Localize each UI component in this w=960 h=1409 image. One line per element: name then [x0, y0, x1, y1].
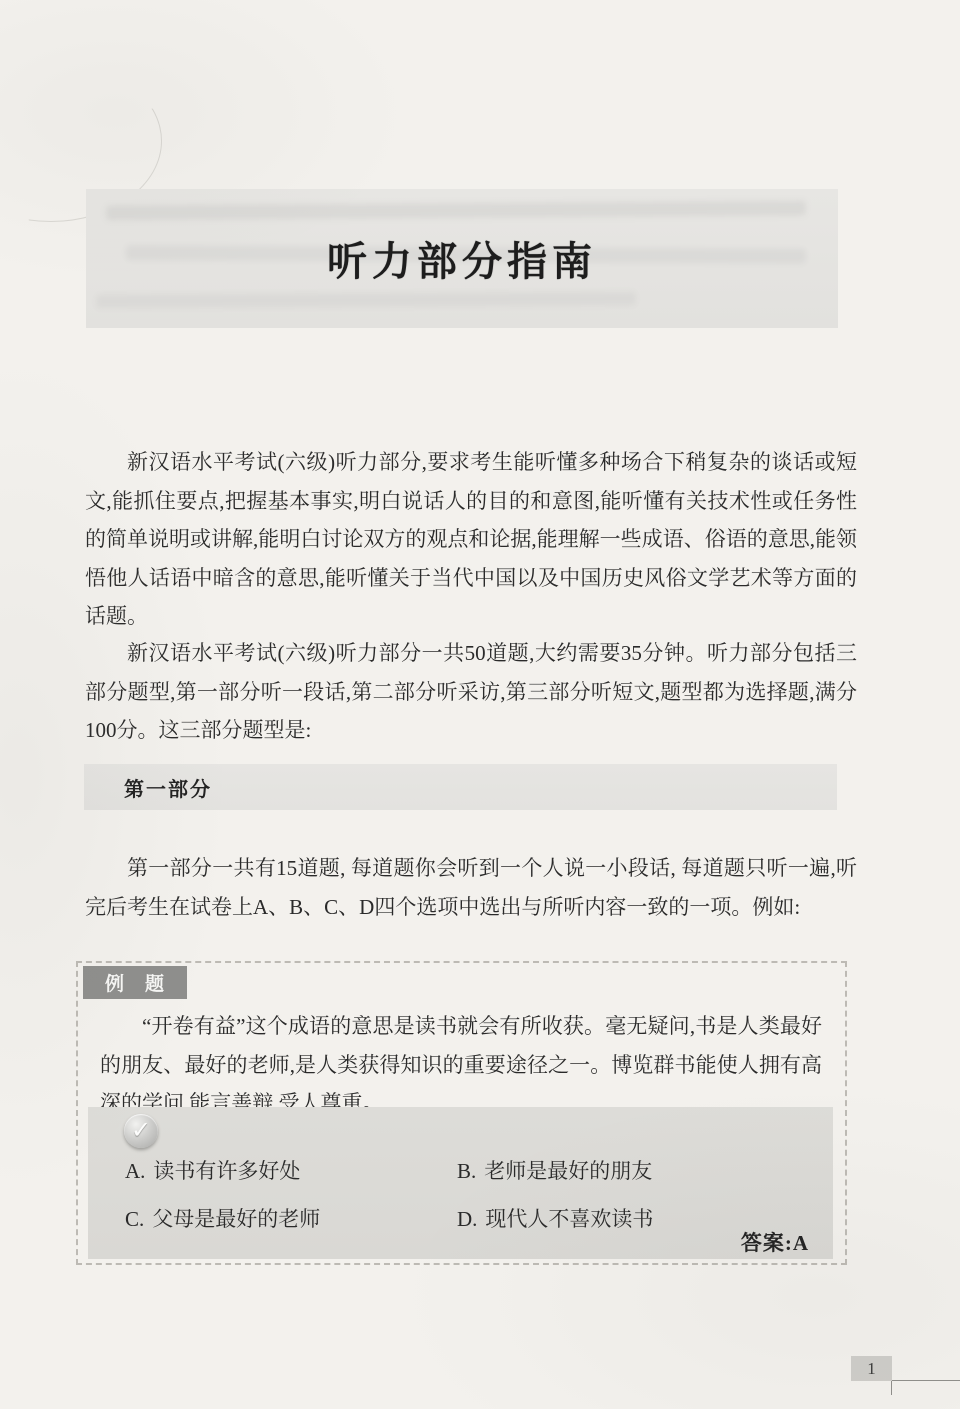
- section-paragraph: 第一部分一共有15道题, 每道题你会听到一个人说一小段话, 每道题只听一遍,听完…: [85, 849, 857, 926]
- title-banner: 听力部分指南: [86, 189, 838, 328]
- option-row: A.读书有许多好处 B.老师是最好的朋友: [88, 1155, 833, 1187]
- option-row: C.父母是最好的老师 D.现代人不喜欢读书: [88, 1203, 833, 1235]
- bleedthrough-artifact: [106, 201, 806, 221]
- option-a: A.读书有许多好处: [125, 1155, 300, 1185]
- option-b-text: 老师是最好的朋友: [484, 1159, 652, 1183]
- option-a-letter: A.: [125, 1159, 145, 1183]
- page-number-box: 1: [851, 1356, 892, 1381]
- section-title: 第一部分: [124, 773, 212, 802]
- option-b: B.老师是最好的朋友: [457, 1155, 652, 1185]
- answer-panel: ✓ A.读书有许多好处 B.老师是最好的朋友 C.父母是最好的老师 D.现代人不…: [88, 1107, 833, 1259]
- option-b-letter: B.: [457, 1159, 476, 1183]
- example-box: 例 题 “开卷有益”这个成语的意思是读书就会有所收获。毫无疑问,书是人类最好的朋…: [76, 961, 847, 1265]
- intro-paragraph-1: 新汉语水平考试(六级)听力部分,要求考生能听懂多种场合下稍复杂的谈话或短文,能抓…: [85, 443, 857, 636]
- option-a-text: 读书有许多好处: [153, 1159, 300, 1183]
- example-passage: “开卷有益”这个成语的意思是读书就会有所收获。毫无疑问,书是人类最好的朋友、最好…: [100, 1007, 822, 1123]
- bleedthrough-artifact: [96, 292, 636, 309]
- answer-label: 答案:A: [741, 1227, 809, 1257]
- page-title: 听力部分指南: [327, 230, 597, 287]
- option-c-letter: C.: [125, 1207, 144, 1231]
- section-header-bar: 第一部分: [84, 764, 837, 810]
- option-d: D.现代人不喜欢读书: [457, 1203, 653, 1233]
- example-label-badge: 例 题: [83, 966, 187, 999]
- scanned-book-page: 听力部分指南 新汉语水平考试(六级)听力部分,要求考生能听懂多种场合下稍复杂的谈…: [0, 0, 960, 1409]
- option-c: C.父母是最好的老师: [125, 1203, 320, 1233]
- option-c-text: 父母是最好的老师: [152, 1207, 320, 1231]
- check-glyph: ✓: [131, 1116, 151, 1144]
- page-number: 1: [867, 1359, 876, 1379]
- option-d-letter: D.: [457, 1207, 477, 1231]
- option-d-text: 现代人不喜欢读书: [485, 1207, 653, 1231]
- check-icon: ✓: [124, 1114, 158, 1148]
- intro-paragraph-2: 新汉语水平考试(六级)听力部分一共50道题,大约需要35分钟。听力部分包括三部分…: [85, 634, 857, 750]
